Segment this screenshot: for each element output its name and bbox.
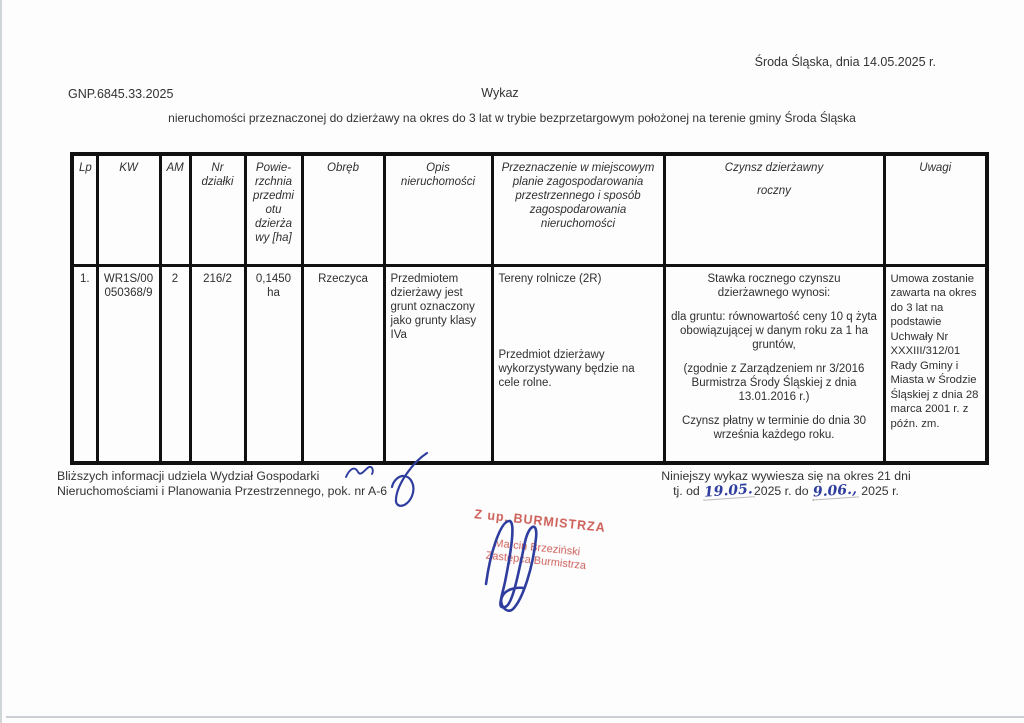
col-header-lp: Lp [72, 154, 97, 266]
table-row: 1. WR1S/00050368/9 2 216/2 0,1450 ha Rze… [72, 266, 987, 464]
cell-lp: 1. [72, 266, 97, 464]
czynsz-paragraph-1: Stawka rocznego czynszu dzierżawnego wyn… [671, 272, 878, 300]
cell-przeznaczenie: Tereny rolnicze (2R) Przedmiot dzierżawy… [492, 266, 664, 464]
cell-uwagi: Umowa zostanie zawarta na okres do 3 lat… [884, 266, 987, 464]
col-header-powierzchnia: Powie- rzchnia przedmiotu dzierżawy [ha] [245, 154, 302, 266]
official-stamp: Z up. BURMISTRZA Marcin Brzeziński Zastę… [456, 506, 621, 575]
przeznaczenie-paragraph-2: Przedmiot dzierżawy wykorzystywany będzi… [499, 348, 658, 390]
handwritten-date-from: 19.05. [703, 482, 755, 501]
cell-am: 2 [160, 266, 190, 464]
footer-info-line-2: Nieruchomościami i Planowania Przestrzen… [57, 484, 387, 499]
footer-notice-line-1: Niniejszy wykaz wywiesza się na okres 21… [618, 469, 954, 484]
cell-czynsz: Stawka rocznego czynszu dzierżawnego wyn… [664, 266, 884, 464]
footer-info-block: Bliższych informacji udziela Wydział Gos… [57, 469, 387, 498]
document-subtitle: nieruchomości przeznaczonej do dzierżawy… [0, 111, 1024, 125]
cell-kw: WR1S/00050368/9 [97, 266, 160, 464]
col-header-am: AM [160, 154, 190, 266]
footer-notice-block: Niniejszy wykaz wywiesza się na okres 21… [618, 469, 954, 499]
stamp-line-1: Z up. BURMISTRZA [460, 506, 621, 537]
przeznaczenie-paragraph-1: Tereny rolnicze (2R) [499, 272, 658, 286]
col-header-czynsz-line2: roczny [671, 184, 878, 198]
footer-info-line-1: Bliższych informacji udziela Wydział Gos… [57, 469, 387, 484]
col-header-nr-dzialki: Nr działki [190, 154, 245, 266]
cell-nr-dzialki: 216/2 [190, 266, 245, 464]
date-line: Środa Śląska, dnia 14.05.2025 r. [755, 55, 936, 69]
notice-mid: 2025 r. do [754, 484, 812, 498]
scanned-document-page: Środa Śląska, dnia 14.05.2025 r. GNP.684… [0, 0, 1024, 723]
notice-prefix: tj. od [673, 484, 703, 498]
col-header-obreb: Obręb [302, 154, 384, 266]
cell-opis: Przedmiotem dzierżawy jest grunt oznaczo… [384, 266, 492, 464]
czynsz-paragraph-4: Czynsz płatny w terminie do dnia 30 wrze… [671, 414, 878, 442]
col-header-czynsz: Czynsz dzierżawny roczny [664, 154, 884, 266]
col-header-przeznaczenie: Przeznaczenie w miejscowym planie zagosp… [492, 154, 664, 266]
cell-powierzchnia: 0,1450 ha [245, 266, 302, 464]
footer-notice-line-2: tj. od 19.05.2025 r. do 9.06., 2025 r. [618, 484, 954, 499]
col-header-opis: Opis nieruchomości [384, 154, 492, 266]
scan-edge-artifact-bottom [6, 716, 1024, 718]
notice-suffix: 2025 r. [858, 484, 899, 498]
col-header-kw: KW [97, 154, 160, 266]
scan-edge-artifact-left [0, 0, 2, 723]
lease-register-table: Lp KW AM Nr działki Powie- rzchnia przed… [70, 152, 989, 465]
col-header-uwagi: Uwagi [884, 154, 987, 266]
czynsz-paragraph-2: dla gruntu: równowartość ceny 10 q żyta … [671, 310, 878, 352]
handwritten-date-to: 9.06., [812, 482, 859, 500]
col-header-czynsz-line1: Czynsz dzierżawny [671, 161, 878, 175]
document-title: Wykaz [0, 86, 1000, 100]
cell-obreb: Rzeczyca [302, 266, 384, 464]
table-header-row: Lp KW AM Nr działki Powie- rzchnia przed… [72, 154, 987, 266]
czynsz-paragraph-3: (zgodnie z Zarządzeniem nr 3/2016 Burmis… [671, 362, 878, 404]
